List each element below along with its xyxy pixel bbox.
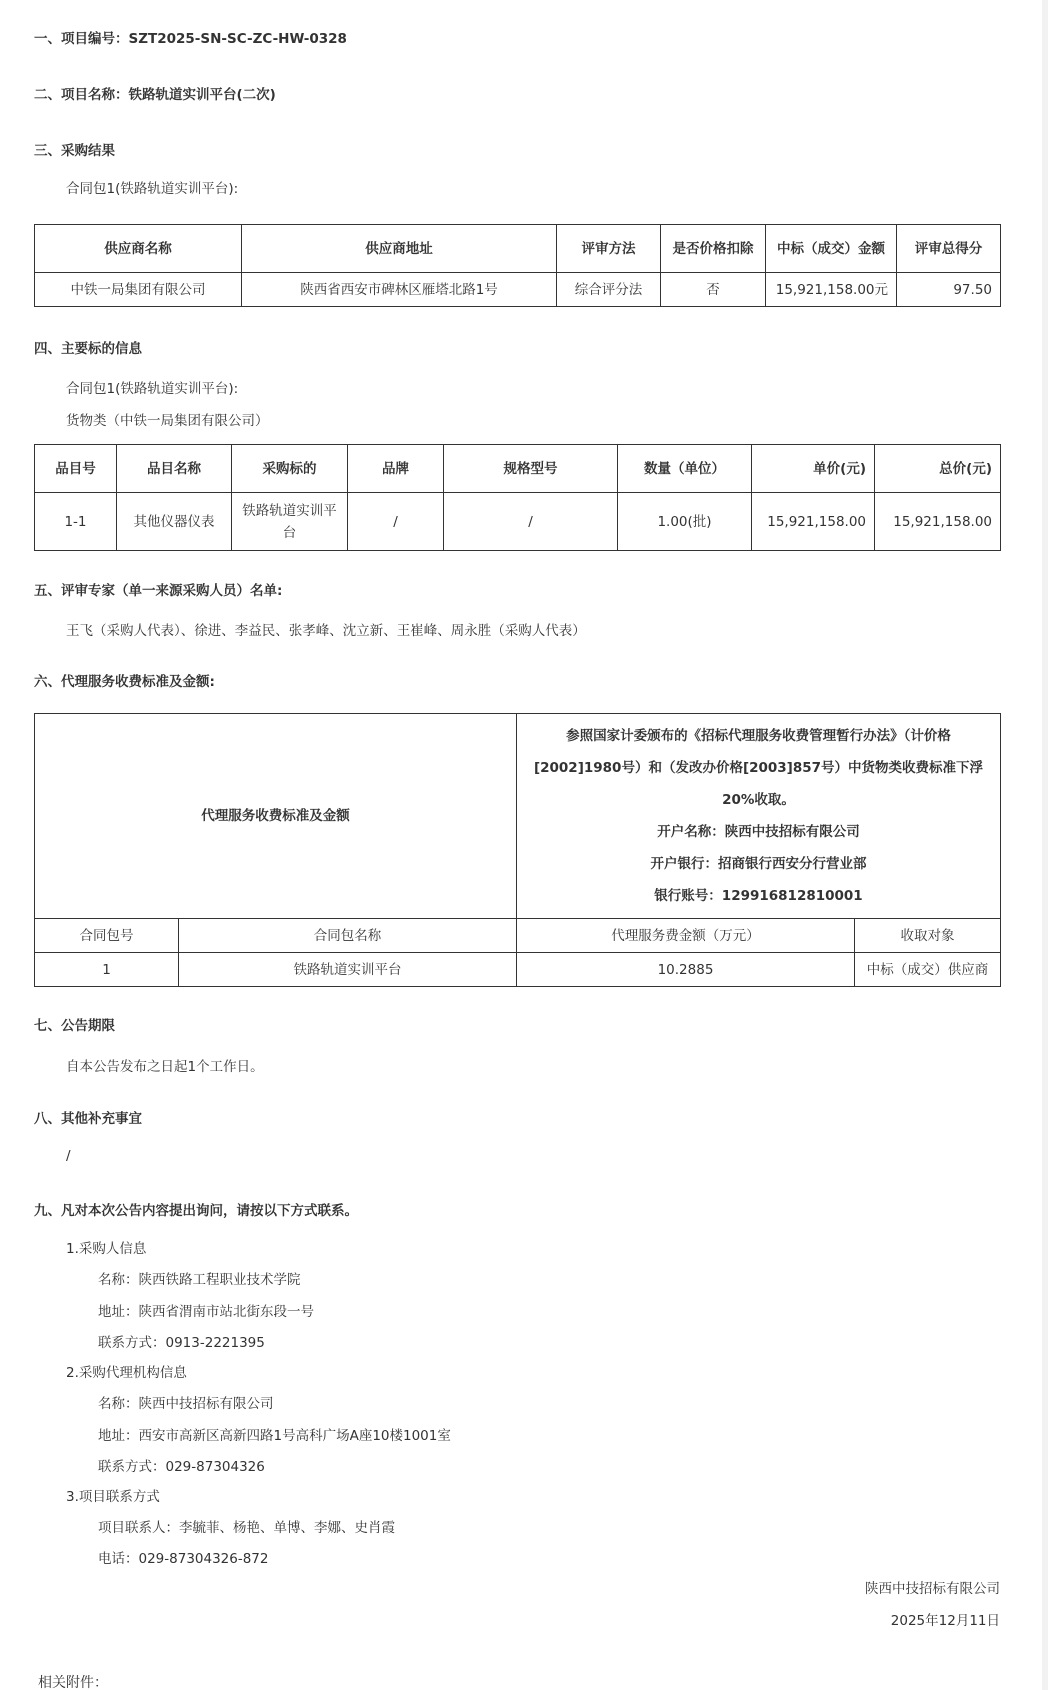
account-name: 开户名称：陕西中技招标有限公司 bbox=[525, 816, 992, 848]
section-project-number: 一、项目编号：SZT2025-SN-SC-ZC-HW-0328 bbox=[34, 27, 347, 47]
col-fee-amount: 代理服务费金额（万元） bbox=[517, 919, 855, 953]
fee-payer: 中标（成交）供应商 bbox=[855, 953, 1001, 987]
experts-list: 王飞（采购人代表）、徐进、李益民、张孝峰、沈立新、王崔峰、周永胜（采购人代表） bbox=[66, 619, 586, 639]
col-price-deduction: 是否价格扣除 bbox=[661, 225, 766, 273]
section-notice-period-title: 七、公告期限 bbox=[34, 1014, 115, 1034]
total-score: 97.50 bbox=[897, 273, 1001, 307]
section-main-items-title: 四、主要标的信息 bbox=[34, 337, 142, 357]
col-total-score: 评审总得分 bbox=[897, 225, 1001, 273]
project-name-value: 铁路轨道实训平台(二次) bbox=[129, 87, 276, 103]
project-contact-phone: 电话：029-87304326-872 bbox=[98, 1547, 269, 1567]
item-table-header: 品目号 品目名称 采购标的 品牌 规格型号 数量（单位） 单价(元) 总价(元) bbox=[35, 445, 1001, 493]
section-experts-title: 五、评审专家（单一来源采购人员）名单: bbox=[34, 579, 282, 599]
supplier-address: 陕西省西安市碑林区雁塔北路1号 bbox=[242, 273, 557, 307]
col-bid-amount: 中标（成交）金额 bbox=[766, 225, 897, 273]
col-subject: 采购标的 bbox=[232, 445, 348, 493]
attachments-label: 相关附件： bbox=[38, 1672, 108, 1690]
notice-period-text: 自本公告发布之日起1个工作日。 bbox=[66, 1055, 264, 1075]
col-unit-price: 单价(元) bbox=[752, 445, 875, 493]
signature-date: 2025年12月11日 bbox=[891, 1609, 1000, 1629]
fee-amount: 10.2885 bbox=[517, 953, 855, 987]
table-row: 中铁一局集团有限公司 陕西省西安市碑林区雁塔北路1号 综合评分法 否 15,92… bbox=[35, 273, 1001, 307]
package-name: 铁路轨道实训平台 bbox=[179, 953, 517, 987]
col-package-name: 合同包名称 bbox=[179, 919, 517, 953]
project-contact-title: 3.项目联系方式 bbox=[66, 1485, 160, 1505]
project-contact-people: 项目联系人：李毓菲、杨艳、单博、李娜、史肖霞 bbox=[98, 1516, 395, 1536]
result-table-header: 供应商名称 供应商地址 评审方法 是否价格扣除 中标（成交）金额 评审总得分 bbox=[35, 225, 1001, 273]
col-review-method: 评审方法 bbox=[557, 225, 661, 273]
col-item-no: 品目号 bbox=[35, 445, 117, 493]
item-total-price: 15,921,158.00 bbox=[875, 493, 1001, 551]
purchaser-name: 名称：陕西铁路工程职业技术学院 bbox=[98, 1268, 301, 1288]
col-total-price: 总价(元) bbox=[875, 445, 1001, 493]
col-package-no: 合同包号 bbox=[35, 919, 179, 953]
signature-company: 陕西中技招标有限公司 bbox=[865, 1577, 1000, 1597]
supplier-name: 中铁一局集团有限公司 bbox=[35, 273, 242, 307]
col-payer: 收取对象 bbox=[855, 919, 1001, 953]
section-procurement-result-title: 三、采购结果 bbox=[34, 139, 115, 159]
section-project-name: 二、项目名称：铁路轨道实训平台(二次) bbox=[34, 83, 276, 103]
table-row: 1 铁路轨道实训平台 10.2885 中标（成交）供应商 bbox=[35, 953, 1001, 987]
col-quantity: 数量（单位） bbox=[618, 445, 752, 493]
section-other-matters-title: 八、其他补充事宜 bbox=[34, 1107, 142, 1127]
section-contact-title: 九、凡对本次公告内容提出询问，请按以下方式联系。 bbox=[34, 1199, 358, 1219]
col-supplier-address: 供应商地址 bbox=[242, 225, 557, 273]
project-name-label: 二、项目名称： bbox=[34, 87, 129, 103]
fee-standard-row: 代理服务收费标准及金额 参照国家计委颁布的《招标代理服务收费管理暂行办法》（计价… bbox=[35, 714, 1001, 919]
fee-table-header: 合同包号 合同包名称 代理服务费金额（万元） 收取对象 bbox=[35, 919, 1001, 953]
project-number-label: 一、项目编号： bbox=[34, 31, 129, 47]
project-number-value: SZT2025-SN-SC-ZC-HW-0328 bbox=[129, 31, 347, 47]
items-package-label: 合同包1(铁路轨道实训平台): bbox=[66, 377, 238, 397]
col-spec: 规格型号 bbox=[444, 445, 618, 493]
agency-address: 地址：西安市高新区高新四路1号高科广场A座10楼1001室 bbox=[98, 1424, 451, 1444]
account-number: 银行账号：129916812810001 bbox=[525, 880, 992, 912]
result-package-label: 合同包1(铁路轨道实训平台): bbox=[66, 177, 238, 197]
section-agency-fee-title: 六、代理服务收费标准及金额: bbox=[34, 670, 215, 690]
item-brand: / bbox=[348, 493, 444, 551]
items-category-label: 货物类（中铁一局集团有限公司） bbox=[66, 409, 269, 429]
purchaser-contact: 联系方式：0913-2221395 bbox=[98, 1331, 265, 1351]
item-subject: 铁路轨道实训平台 bbox=[232, 493, 348, 551]
item-spec: / bbox=[444, 493, 618, 551]
item-no: 1-1 bbox=[35, 493, 117, 551]
item-quantity: 1.00(批) bbox=[618, 493, 752, 551]
fee-standard-label: 代理服务收费标准及金额 bbox=[35, 714, 517, 919]
item-table: 品目号 品目名称 采购标的 品牌 规格型号 数量（单位） 单价(元) 总价(元)… bbox=[34, 444, 1001, 551]
package-no: 1 bbox=[35, 953, 179, 987]
item-unit-price: 15,921,158.00 bbox=[752, 493, 875, 551]
fee-standard-text: 参照国家计委颁布的《招标代理服务收费管理暂行办法》（计价格[2002]1980号… bbox=[525, 720, 992, 816]
scrollbar-track[interactable] bbox=[1042, 0, 1048, 1690]
item-name: 其他仪器仪表 bbox=[117, 493, 232, 551]
agency-name: 名称：陕西中技招标有限公司 bbox=[98, 1392, 274, 1412]
col-item-name: 品目名称 bbox=[117, 445, 232, 493]
col-brand: 品牌 bbox=[348, 445, 444, 493]
fee-standard-detail: 参照国家计委颁布的《招标代理服务收费管理暂行办法》（计价格[2002]1980号… bbox=[517, 714, 1001, 919]
purchaser-address: 地址：陕西省渭南市站北街东段一号 bbox=[98, 1300, 314, 1320]
agency-contact: 联系方式：029-87304326 bbox=[98, 1455, 265, 1475]
purchaser-info-title: 1.采购人信息 bbox=[66, 1237, 146, 1257]
col-supplier-name: 供应商名称 bbox=[35, 225, 242, 273]
result-table: 供应商名称 供应商地址 评审方法 是否价格扣除 中标（成交）金额 评审总得分 中… bbox=[34, 224, 1001, 307]
table-row: 1-1 其他仪器仪表 铁路轨道实训平台 / / 1.00(批) 15,921,1… bbox=[35, 493, 1001, 551]
agency-info-title: 2.采购代理机构信息 bbox=[66, 1361, 187, 1381]
review-method: 综合评分法 bbox=[557, 273, 661, 307]
agency-fee-table: 代理服务收费标准及金额 参照国家计委颁布的《招标代理服务收费管理暂行办法》（计价… bbox=[34, 713, 1001, 987]
other-matters-text: / bbox=[66, 1148, 71, 1164]
bank-name: 开户银行：招商银行西安分行营业部 bbox=[525, 848, 992, 880]
price-deduction: 否 bbox=[661, 273, 766, 307]
bid-amount: 15,921,158.00元 bbox=[766, 273, 897, 307]
